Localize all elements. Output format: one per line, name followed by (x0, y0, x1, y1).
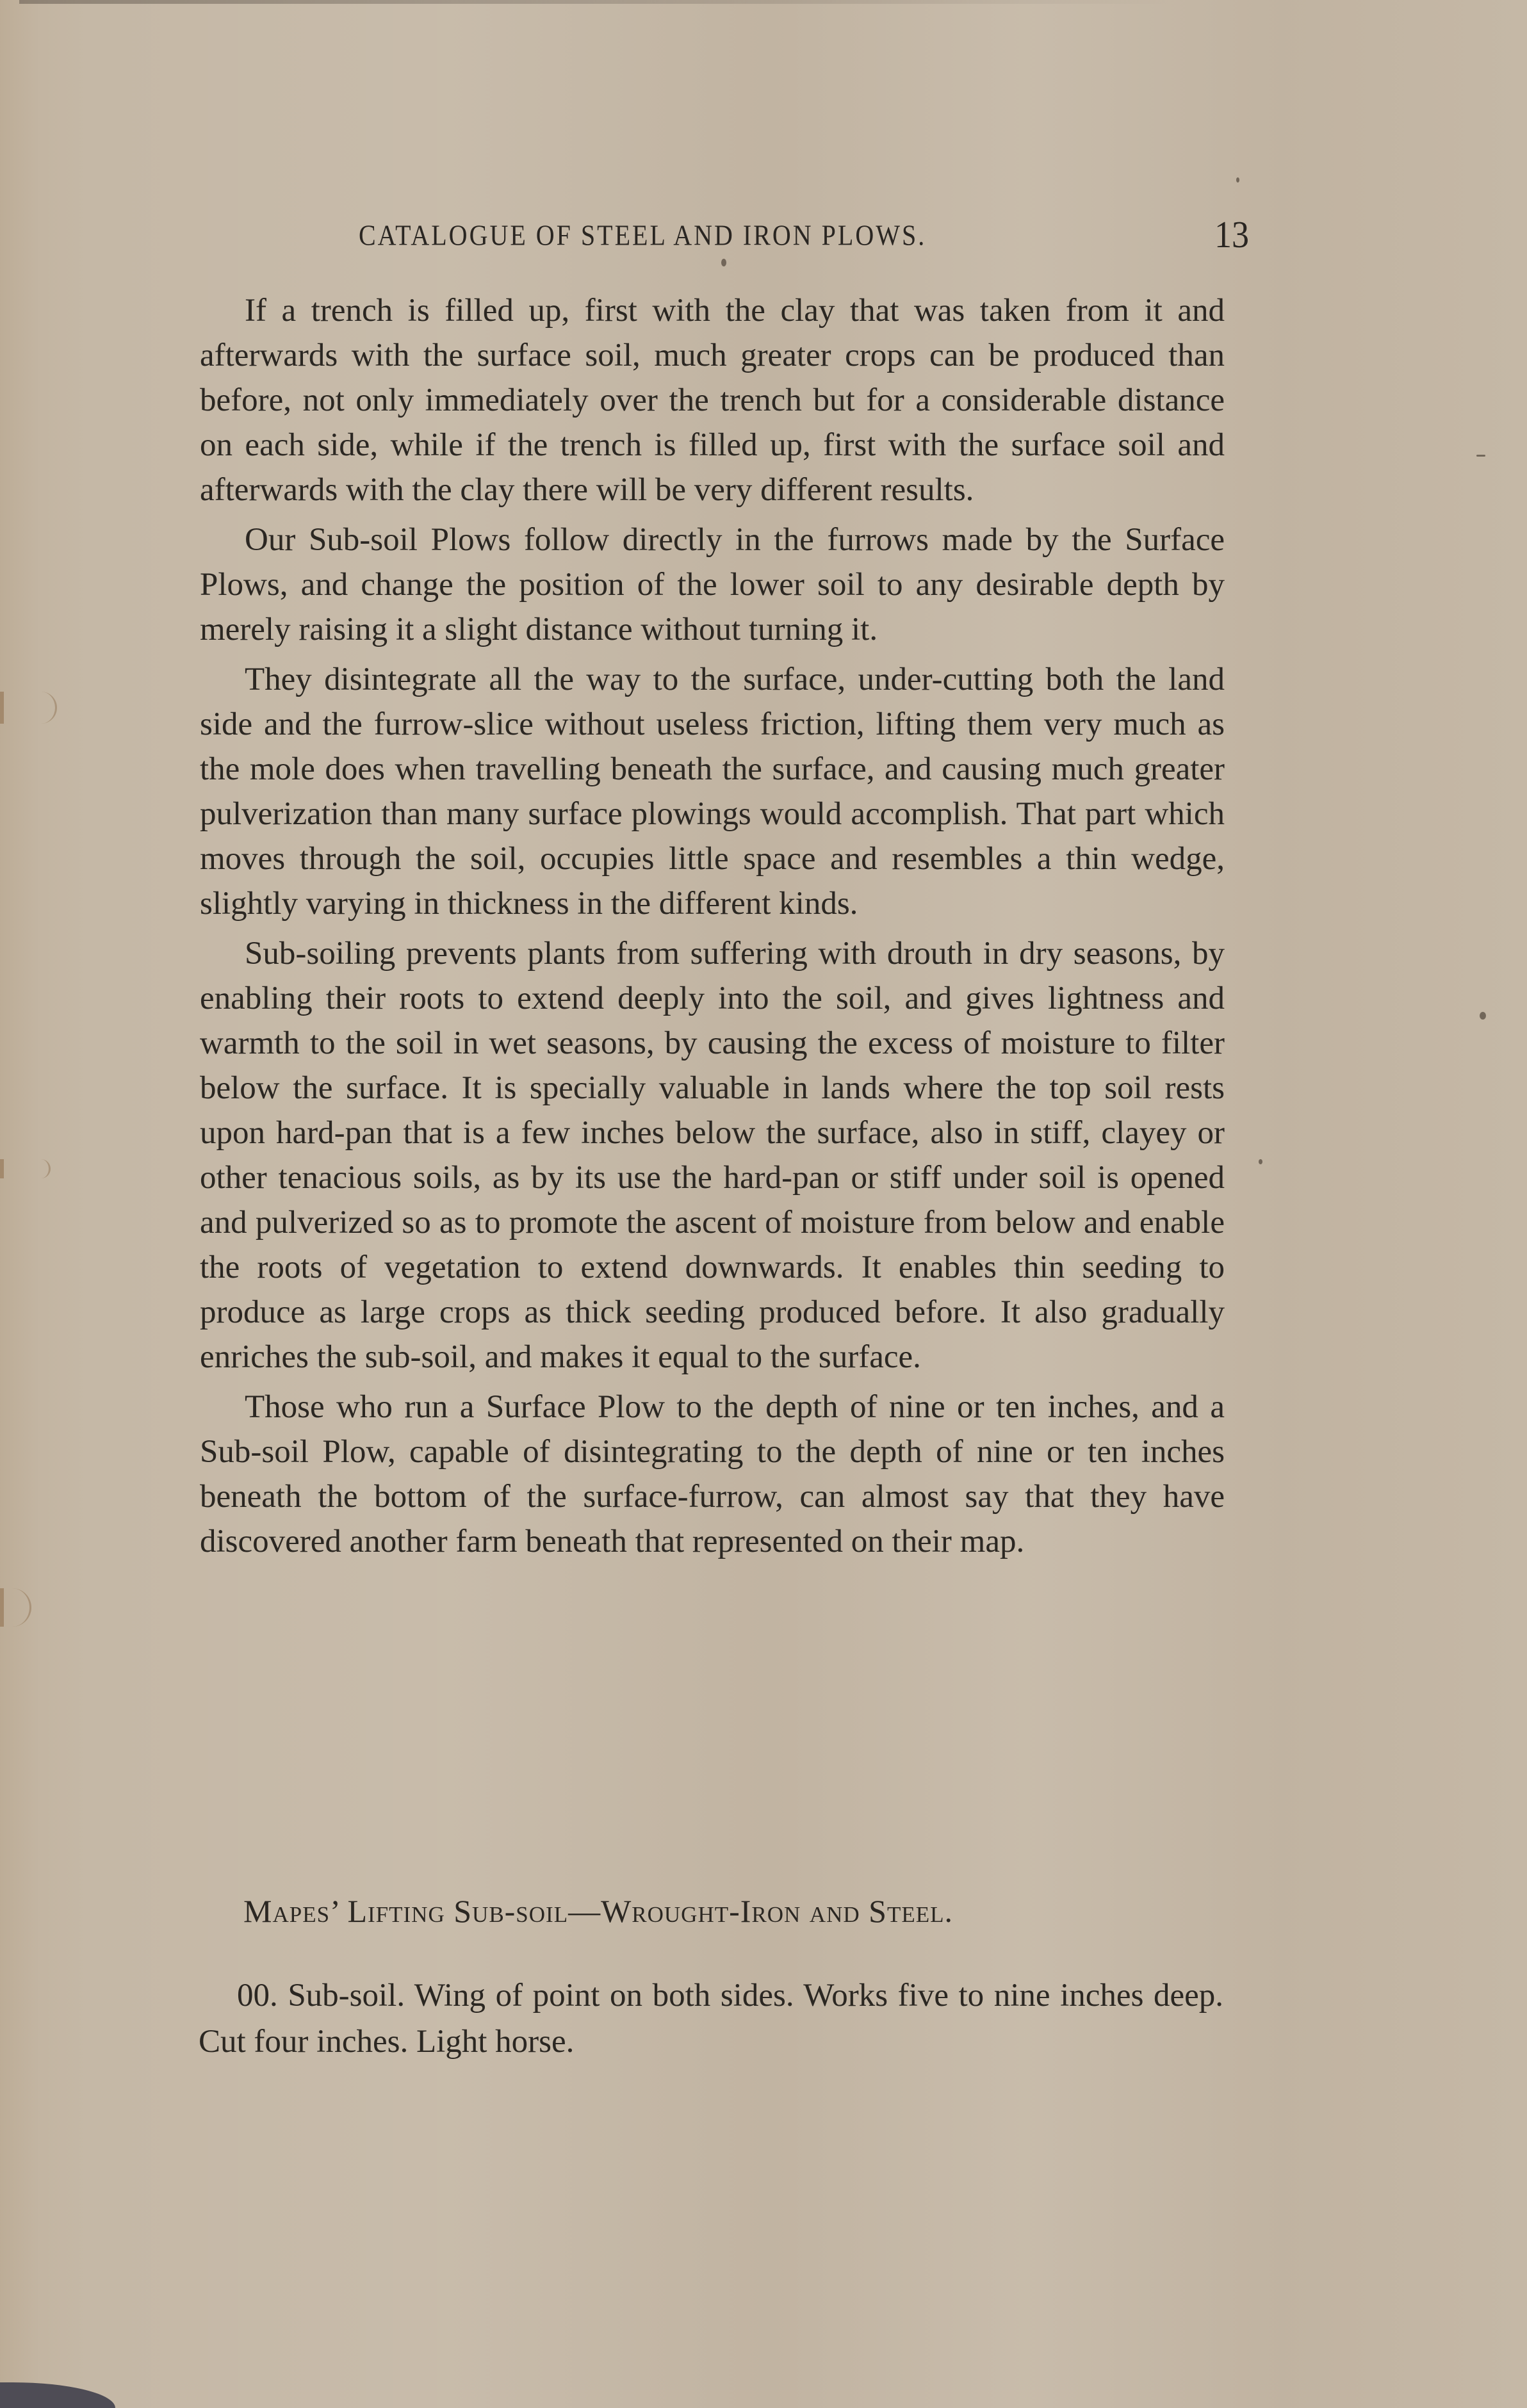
scanned-page: CATALOGUE OF STEEL AND IRON PLOWS. 13 If… (0, 0, 1527, 2408)
ink-speck (1480, 1012, 1486, 1020)
page-header: CATALOGUE OF STEEL AND IRON PLOWS. 13 (359, 215, 1249, 259)
ink-speck (1476, 455, 1485, 457)
paragraph: Our Sub-soil Plows follow directly in th… (200, 517, 1225, 652)
page-edge-tear (0, 692, 57, 724)
paragraph: If a trench is filled up, first with the… (200, 288, 1225, 512)
paragraph: They disintegrate all the way to the sur… (200, 657, 1225, 926)
catalogue-item-list: 00. Sub-soil. Wing of point on both side… (199, 1973, 1223, 2065)
paragraph: Those who run a Surface Plow to the dept… (200, 1385, 1225, 1564)
page-edge-tear (0, 1159, 51, 1178)
page-number: 13 (1214, 213, 1249, 256)
ink-speck (1236, 177, 1239, 183)
body-text: If a trench is filled up, first with the… (200, 288, 1225, 1569)
running-head: CATALOGUE OF STEEL AND IRON PLOWS. (359, 218, 926, 252)
section-heading: Mapes’ Lifting Sub-soil—Wrought-Iron and… (243, 1892, 1243, 1930)
ink-speck (1259, 1159, 1262, 1164)
page-edge-tear (0, 1588, 31, 1627)
page-top-edge (19, 0, 1172, 4)
scan-shadow (0, 2382, 115, 2408)
catalogue-item: 00. Sub-soil. Wing of point on both side… (199, 1973, 1223, 2065)
ink-speck (721, 259, 726, 266)
paragraph: Sub-soiling prevents plants from sufferi… (200, 931, 1225, 1379)
